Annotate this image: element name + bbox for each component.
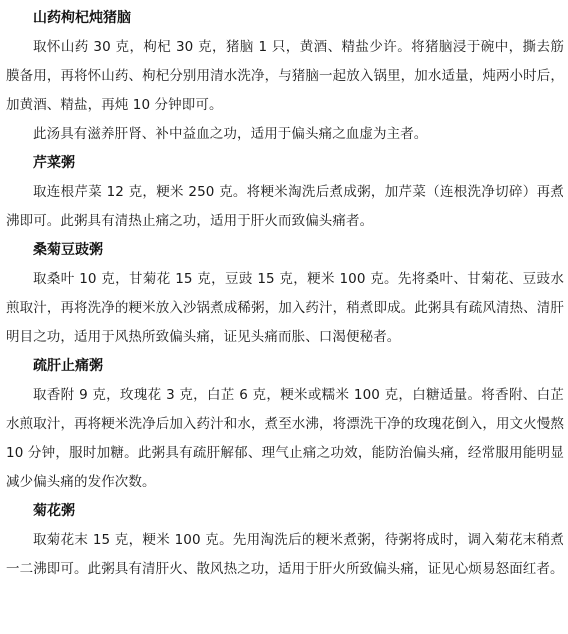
recipe-ingredients-method: 取怀山药 30 克，枸杞 30 克，猪脑 1 只，黄酒、精盐少许。将猪脑浸于碗中… (6, 33, 564, 120)
recipe-section-yam-goji-pork-brain: 山药枸杞炖猪脑 取怀山药 30 克，枸杞 30 克，猪脑 1 只，黄酒、精盐少许… (6, 4, 564, 149)
recipe-title: 疏肝止痛粥 (6, 352, 564, 381)
recipe-ingredients-method: 取菊花末 15 克，粳米 100 克。先用淘洗后的粳米煮粥，待粥将成时，调入菊花… (6, 526, 564, 584)
recipe-ingredients-method: 取香附 9 克，玫瑰花 3 克，白芷 6 克，粳米或糯米 100 克，白糖适量。… (6, 381, 564, 497)
recipe-title: 菊花粥 (6, 497, 564, 526)
article-body: 山药枸杞炖猪脑 取怀山药 30 克，枸杞 30 克，猪脑 1 只，黄酒、精盐少许… (0, 0, 568, 584)
recipe-title: 芹菜粥 (6, 149, 564, 178)
recipe-title: 桑菊豆豉粥 (6, 236, 564, 265)
recipe-ingredients-method: 取连根芹菜 12 克，粳米 250 克。将粳米淘洗后煮成粥，加芹菜（连根洗净切碎… (6, 178, 564, 236)
recipe-effect: 此汤具有滋养肝肾、补中益血之功，适用于偏头痛之血虚为主者。 (6, 120, 564, 149)
recipe-title: 山药枸杞炖猪脑 (6, 4, 564, 33)
recipe-section-liver-soothing-congee: 疏肝止痛粥 取香附 9 克，玫瑰花 3 克，白芷 6 克，粳米或糯米 100 克… (6, 352, 564, 497)
recipe-section-chrysanthemum-congee: 菊花粥 取菊花末 15 克，粳米 100 克。先用淘洗后的粳米煮粥，待粥将成时，… (6, 497, 564, 584)
recipe-ingredients-method: 取桑叶 10 克，甘菊花 15 克，豆豉 15 克，粳米 100 克。先将桑叶、… (6, 265, 564, 352)
recipe-section-celery-congee: 芹菜粥 取连根芹菜 12 克，粳米 250 克。将粳米淘洗后煮成粥，加芹菜（连根… (6, 149, 564, 236)
recipe-section-mulberry-chrysanthemum-congee: 桑菊豆豉粥 取桑叶 10 克，甘菊花 15 克，豆豉 15 克，粳米 100 克… (6, 236, 564, 352)
